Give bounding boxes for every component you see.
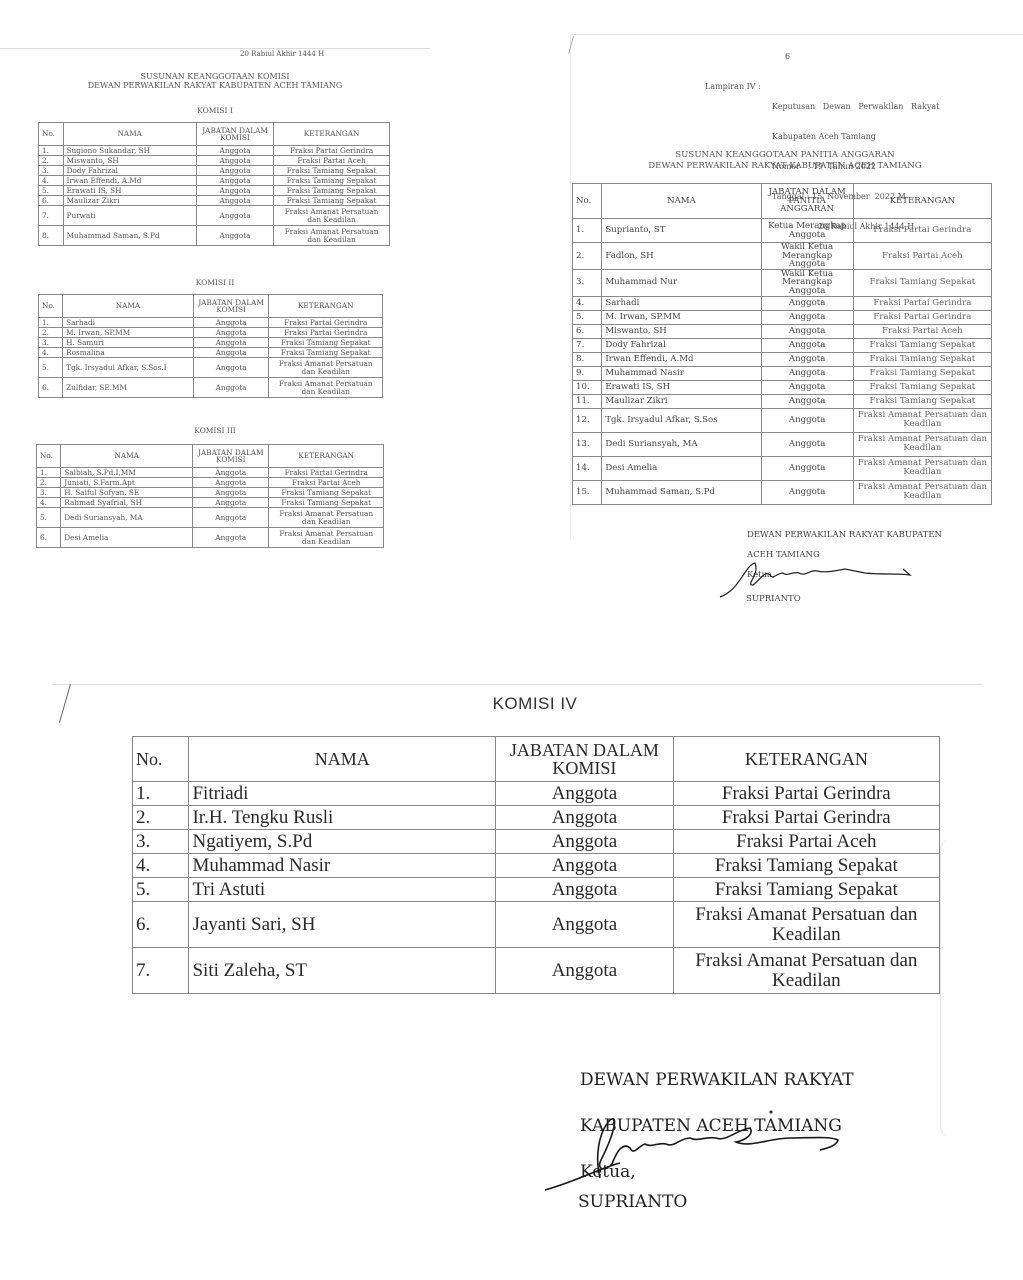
cell-keterangan: Fraksi Tamiang Sepakat xyxy=(853,269,991,296)
cell-jabatan: Anggota xyxy=(761,380,853,394)
column-header: JABATAN DALAM PANITIA ANGGARAN xyxy=(761,184,853,219)
cell-nama: Irwan Effendi, A.Md xyxy=(602,352,761,366)
cell-keterangan: Fraksi Tamiang Sepakat xyxy=(269,498,384,508)
cell-no: 1. xyxy=(39,318,63,328)
table-header-row: No.NAMAJABATAN DALAM KOMISIKETERANGAN xyxy=(37,445,384,468)
table-header-row: No.NAMAJABATAN DALAM PANITIA ANGGARANKET… xyxy=(573,184,992,219)
table-row: 5.Tgk. Irsyadul Afkar, S.Sos.IAnggotaFra… xyxy=(39,358,383,378)
cell-jabatan: Anggota xyxy=(196,206,273,226)
cell-nama: Suprianto, ST xyxy=(602,219,761,243)
cell-jabatan: Anggota xyxy=(193,358,269,378)
cell-keterangan: Fraksi Amanat Persatuan dan Keadilan xyxy=(274,206,390,226)
cell-nama: Miswanto, SH xyxy=(602,324,761,338)
table-row: 13.Dedi Suriansyah, MAAnggotaFraksi Aman… xyxy=(573,432,992,456)
cell-no: 6. xyxy=(39,378,63,398)
cell-no: 7. xyxy=(573,338,602,352)
cell-no: 11. xyxy=(573,394,602,408)
cell-keterangan: Fraksi Partai Gerindra xyxy=(274,146,390,156)
cell-jabatan: Anggota xyxy=(761,296,853,310)
komisi-2-table: No.NAMAJABATAN DALAM KOMISIKETERANGAN1.S… xyxy=(38,294,383,398)
cell-nama: Tri Astuti xyxy=(189,878,496,902)
column-header: KETERANGAN xyxy=(673,737,939,782)
cell-jabatan: Anggota xyxy=(193,508,269,528)
cell-jabatan: Anggota xyxy=(761,456,853,480)
komisi-2-title: KOMISI II xyxy=(40,278,390,287)
cell-no: 4. xyxy=(37,498,61,508)
cell-nama: M. Irwan, SP.MM xyxy=(63,328,194,338)
cell-no: 5. xyxy=(133,878,189,902)
cell-no: 4. xyxy=(39,176,64,186)
lampiran-label: Lampiran IV : xyxy=(705,82,761,91)
cell-no: 5. xyxy=(37,508,61,528)
cell-nama: Sarhadi xyxy=(63,318,194,328)
cell-no: 1. xyxy=(133,782,189,806)
cell-nama: Muhammad Nasir xyxy=(189,854,496,878)
cell-jabatan: Anggota xyxy=(196,146,273,156)
column-header: JABATAN DALAM KOMISI xyxy=(496,737,674,782)
cell-jabatan: Anggota xyxy=(761,310,853,324)
cell-keterangan: Fraksi Partai Gerindra xyxy=(673,782,939,806)
cell-no: 4. xyxy=(39,348,63,358)
cell-nama: Maulizar Zikri xyxy=(602,394,761,408)
cell-jabatan: Anggota xyxy=(193,468,269,478)
cell-no: 4. xyxy=(573,296,602,310)
table-row: 3.H. Saiful Sofyan, SEAnggotaFraksi Tami… xyxy=(37,488,384,498)
cell-nama: Desi Amelia xyxy=(61,528,193,548)
cell-keterangan: Fraksi Amanat Persatuan dan Keadilan xyxy=(269,508,384,528)
table-row: 6.Miswanto, SHAnggotaFraksi Partai Aceh xyxy=(573,324,992,338)
table-row: 3.H. SamuriAnggotaFraksi Tamiang Sepakat xyxy=(39,338,383,348)
lampiran-line-1: Keputusan Dewan Perwakilan Rakyat xyxy=(772,102,939,112)
cell-jabatan: Anggota xyxy=(761,432,853,456)
table-row: 7.Dody FahrizalAnggotaFraksi Tamiang Sep… xyxy=(573,338,992,352)
komisi-3-title: KOMISI III xyxy=(40,426,390,435)
title-line-1: SUSUNAN KEANGGOTAAN PANITIA ANGGARAN xyxy=(620,150,950,161)
org-line-1: DEWAN PERWAKILAN RAKYAT KABUPATEN xyxy=(747,530,942,540)
cell-nama: Purwati xyxy=(63,206,196,226)
cell-jabatan: Anggota xyxy=(193,528,269,548)
cell-jabatan: Anggota xyxy=(496,878,674,902)
cell-keterangan: Fraksi Partai Aceh xyxy=(853,243,991,270)
cell-nama: Erawati IS, SH xyxy=(63,186,196,196)
cell-nama: Tgk. Irsyadul Afkar, S.Sos.I xyxy=(63,358,194,378)
cell-keterangan: Fraksi Partai Aceh xyxy=(673,830,939,854)
cell-no: 7. xyxy=(133,948,189,994)
cell-jabatan: Anggota xyxy=(761,366,853,380)
cell-nama: Rahmad Syafrial, SH xyxy=(61,498,193,508)
cell-no: 13. xyxy=(573,432,602,456)
cell-no: 3. xyxy=(39,166,64,176)
column-header: No. xyxy=(133,737,189,782)
cell-nama: Fitriadi xyxy=(189,782,496,806)
table-row: 6.Maulizar ZikriAnggotaFraksi Tamiang Se… xyxy=(39,196,390,206)
cell-jabatan: Anggota xyxy=(193,318,269,328)
cell-keterangan: Fraksi Amanat Persatuan dan Keadilan xyxy=(274,226,390,246)
cell-jabatan: Anggota xyxy=(196,226,273,246)
cell-nama: Rosmalina xyxy=(63,348,194,358)
cell-nama: Ngatiyem, S.Pd xyxy=(189,830,496,854)
cell-no: 14. xyxy=(573,456,602,480)
cell-no: 12. xyxy=(573,408,602,432)
cell-no: 7. xyxy=(39,206,64,226)
cell-keterangan: Fraksi Partai Aceh xyxy=(274,156,390,166)
cell-nama: Muhammad Saman, S.Pd xyxy=(63,226,196,246)
page-edge-shadow xyxy=(940,838,971,1138)
table-row: 6.Desi AmeliaAnggotaFraksi Amanat Persat… xyxy=(37,528,384,548)
table-row: 10.Erawati IS, SHAnggotaFraksi Tamiang S… xyxy=(573,380,992,394)
column-header: KETERANGAN xyxy=(274,123,390,146)
cell-no: 2. xyxy=(133,806,189,830)
table-header-row: No.NAMAJABATAN DALAM KOMISIKETERANGAN xyxy=(133,737,940,782)
cell-nama: Dody Fahrizal xyxy=(63,166,196,176)
cell-nama: Muhammad Saman, S.Pd xyxy=(602,480,761,504)
table-row: 1.SarhadiAnggotaFraksi Partai Gerindra xyxy=(39,318,383,328)
table-row: 14.Desi AmeliaAnggotaFraksi Amanat Persa… xyxy=(573,456,992,480)
cell-nama: Muhammad Nasir xyxy=(602,366,761,380)
cell-no: 2. xyxy=(39,156,64,166)
cell-nama: Irwan Effendi, A.Md xyxy=(63,176,196,186)
cell-nama: Tgk. Irsyadul Afkar, S.Sos xyxy=(602,408,761,432)
cell-keterangan: Fraksi Partai Gerindra xyxy=(673,806,939,830)
title-line-2: DEWAN PERWAKILAN RAKYAT KABUPATEN ACEH T… xyxy=(620,161,950,172)
column-header: NAMA xyxy=(189,737,496,782)
column-header: NAMA xyxy=(63,295,194,318)
table-header-row: No.NAMAJABATAN DALAM KOMISIKETERANGAN xyxy=(39,295,383,318)
cell-keterangan: Fraksi Tamiang Sepakat xyxy=(274,186,390,196)
signatory-name: SUPRIANTO xyxy=(578,1192,687,1212)
table-row: 12.Tgk. Irsyadul Afkar, S.SosAnggotaFrak… xyxy=(573,408,992,432)
komisi-3-table: No.NAMAJABATAN DALAM KOMISIKETERANGAN1.S… xyxy=(36,444,384,548)
cell-jabatan: Ketua Merangkap Anggota xyxy=(761,219,853,243)
column-header: KETERANGAN xyxy=(269,445,384,468)
column-header: No. xyxy=(573,184,602,219)
table-row: 1.Sugiono Sukandar, SHAnggotaFraksi Part… xyxy=(39,146,390,156)
table-row: 1.Suprianto, STKetua Merangkap AnggotaFr… xyxy=(573,219,992,243)
cell-keterangan: Fraksi Amanat Persatuan dan Keadilan xyxy=(673,948,939,994)
hijri-date-fragment: 20 Rabiul Akhir 1444 H xyxy=(240,50,324,58)
cell-jabatan: Anggota xyxy=(761,324,853,338)
table-row: 7.PurwatiAnggotaFraksi Amanat Persatuan … xyxy=(39,206,390,226)
cell-jabatan: Anggota xyxy=(193,498,269,508)
table-row: 8.Irwan Effendi, A.MdAnggotaFraksi Tamia… xyxy=(573,352,992,366)
cell-jabatan: Anggota xyxy=(196,186,273,196)
table-row: 5.Tri AstutiAnggotaFraksi Tamiang Sepaka… xyxy=(133,878,940,902)
table-row: 4.RosmalinaAnggotaFraksi Tamiang Sepakat xyxy=(39,348,383,358)
table-row: 11.Maulizar ZikriAnggotaFraksi Tamiang S… xyxy=(573,394,992,408)
cell-keterangan: Fraksi Tamiang Sepakat xyxy=(853,366,991,380)
cell-jabatan: Anggota xyxy=(761,480,853,504)
cell-keterangan: Fraksi Tamiang Sepakat xyxy=(274,176,390,186)
cell-no: 2. xyxy=(37,478,61,488)
cell-keterangan: Fraksi Partai Gerindra xyxy=(853,219,991,243)
cell-no: 3. xyxy=(39,338,63,348)
cell-nama: Jayanti Sari, SH xyxy=(189,902,496,948)
panitia-anggaran-table: No.NAMAJABATAN DALAM PANITIA ANGGARANKET… xyxy=(572,183,992,505)
column-header: KETERANGAN xyxy=(269,295,383,318)
cell-nama: Desi Amelia xyxy=(602,456,761,480)
cell-keterangan: Fraksi Tamiang Sepakat xyxy=(853,352,991,366)
komisi-4-title: KOMISI IV xyxy=(130,694,940,714)
org-line-1: DEWAN PERWAKILAN RAKYAT xyxy=(580,1069,854,1092)
cell-keterangan: Fraksi Tamiang Sepakat xyxy=(269,338,383,348)
signature-icon xyxy=(715,555,915,600)
table-row: 9.Muhammad NasirAnggotaFraksi Tamiang Se… xyxy=(573,366,992,380)
cell-jabatan: Anggota xyxy=(496,902,674,948)
title-line-1: SUSUNAN KEANGGOTAAN KOMISI xyxy=(40,72,390,81)
komisi-4-table: No.NAMAJABATAN DALAM KOMISIKETERANGAN1.F… xyxy=(132,736,940,994)
cell-keterangan: Fraksi Tamiang Sepakat xyxy=(853,380,991,394)
cell-keterangan: Fraksi Amanat Persatuan dan Keadilan xyxy=(673,902,939,948)
column-header: No. xyxy=(37,445,61,468)
panitia-title: SUSUNAN KEANGGOTAAN PANITIA ANGGARAN DEW… xyxy=(620,150,950,172)
cell-keterangan: Fraksi Partai Gerindra xyxy=(269,468,384,478)
table-row: 5.Erawati IS, SHAnggotaFraksi Tamiang Se… xyxy=(39,186,390,196)
cell-nama: Fadlon, SH xyxy=(602,243,761,270)
cell-no: 3. xyxy=(573,269,602,296)
cell-nama: Sarhadi xyxy=(602,296,761,310)
page-number: 6 xyxy=(785,52,790,61)
cell-jabatan: Anggota xyxy=(193,378,269,398)
cell-keterangan: Fraksi Amanat Persatuan dan Keadilan xyxy=(269,378,383,398)
cell-no: 2. xyxy=(39,328,63,338)
cell-jabatan: Wakil Ketua Merangkap Anggota xyxy=(761,269,853,296)
cell-no: 8. xyxy=(573,352,602,366)
table-row: 2.M. Irwan, SP.MMAnggotaFraksi Partai Ge… xyxy=(39,328,383,338)
cell-keterangan: Fraksi Partai Gerindra xyxy=(269,318,383,328)
cell-nama: Salbiah, S.Pd.I,MM xyxy=(61,468,193,478)
lampiran-line-2: Kabupaten Aceh Tamiang xyxy=(772,132,939,142)
cell-no: 3. xyxy=(37,488,61,498)
table-row: 2.Fadlon, SHWakil Ketua Merangkap Anggot… xyxy=(573,243,992,270)
cell-nama: Muhammad Nur xyxy=(602,269,761,296)
cell-nama: Ir.H. Tengku Rusli xyxy=(189,806,496,830)
table-row: 15.Muhammad Saman, S.PdAnggotaFraksi Ama… xyxy=(573,480,992,504)
cell-no: 1. xyxy=(573,219,602,243)
cell-jabatan: Anggota xyxy=(496,830,674,854)
cell-no: 6. xyxy=(133,902,189,948)
column-header: NAMA xyxy=(63,123,196,146)
cell-jabatan: Anggota xyxy=(761,352,853,366)
table-row: 4.Rahmad Syafrial, SHAnggotaFraksi Tamia… xyxy=(37,498,384,508)
cell-nama: M. Irwan, SP.MM xyxy=(602,310,761,324)
cell-keterangan: Fraksi Tamiang Sepakat xyxy=(673,854,939,878)
column-header: JABATAN DALAM KOMISI xyxy=(193,445,269,468)
cell-jabatan: Anggota xyxy=(496,806,674,830)
column-header: NAMA xyxy=(61,445,193,468)
cell-no: 5. xyxy=(39,358,63,378)
cell-jabatan: Anggota xyxy=(761,408,853,432)
table-row: 5.Dedi Suriansyah, MAAnggotaFraksi Amana… xyxy=(37,508,384,528)
table-row: 6.Jayanti Sari, SHAnggotaFraksi Amanat P… xyxy=(133,902,940,948)
cell-keterangan: Fraksi Tamiang Sepakat xyxy=(853,338,991,352)
cell-keterangan: Fraksi Amanat Persatuan dan Keadilan xyxy=(853,480,991,504)
cell-nama: Miswanto, SH xyxy=(63,156,196,166)
cell-jabatan: Anggota xyxy=(193,328,269,338)
cell-nama: H. Saiful Sofyan, SE xyxy=(61,488,193,498)
cell-nama: Dody Fahrizal xyxy=(602,338,761,352)
cell-keterangan: Fraksi Amanat Persatuan dan Keadilan xyxy=(269,358,383,378)
komisi-1-title: KOMISI I xyxy=(40,106,390,115)
cell-no: 5. xyxy=(39,186,64,196)
table-row: 4.Irwan Effendi, A.MdAnggotaFraksi Tamia… xyxy=(39,176,390,186)
cell-jabatan: Anggota xyxy=(761,338,853,352)
cell-jabatan: Anggota xyxy=(193,348,269,358)
cell-no: 3. xyxy=(133,830,189,854)
cell-nama: Dedi Suriansyah, MA xyxy=(602,432,761,456)
signature-icon xyxy=(540,1108,860,1193)
cell-jabatan: Anggota xyxy=(196,196,273,206)
cell-no: 15. xyxy=(573,480,602,504)
column-header: NAMA xyxy=(602,184,761,219)
cell-keterangan: Fraksi Tamiang Sepakat xyxy=(269,488,384,498)
cell-keterangan: Fraksi Amanat Persatuan dan Keadilan xyxy=(853,456,991,480)
table-row: 1.FitriadiAnggotaFraksi Partai Gerindra xyxy=(133,782,940,806)
table-row: 4.SarhadiAnggotaFraksi Partai Gerindra xyxy=(573,296,992,310)
cell-no: 2. xyxy=(573,243,602,270)
cell-jabatan: Anggota xyxy=(496,782,674,806)
cell-nama: Siti Zaleha, ST xyxy=(189,948,496,994)
cell-nama: Juniati, S.Farm.Apt xyxy=(61,478,193,488)
cell-keterangan: Fraksi Tamiang Sepakat xyxy=(274,196,390,206)
cell-nama: Sugiono Sukandar, SH xyxy=(63,146,196,156)
table-row: 7.Siti Zaleha, STAnggotaFraksi Amanat Pe… xyxy=(133,948,940,994)
table-row: 6.Zulfidar, SE.MMAnggotaFraksi Amanat Pe… xyxy=(39,378,383,398)
cell-no: 5. xyxy=(573,310,602,324)
table-row: 2.Miswanto, SHAnggotaFraksi Partai Aceh xyxy=(39,156,390,166)
cell-jabatan: Anggota xyxy=(196,176,273,186)
table-header-row: No.NAMAJABATAN DALAM KOMISIKETERANGAN xyxy=(39,123,390,146)
cell-no: 6. xyxy=(39,196,64,206)
cell-no: 9. xyxy=(573,366,602,380)
cell-keterangan: Fraksi Tamiang Sepakat xyxy=(274,166,390,176)
column-header: No. xyxy=(39,123,64,146)
cell-nama: Erawati IS, SH xyxy=(602,380,761,394)
cell-no: 4. xyxy=(133,854,189,878)
cell-keterangan: Fraksi Amanat Persatuan dan Keadilan xyxy=(853,408,991,432)
signatory-name: SUPRIANTO xyxy=(746,594,801,604)
cell-jabatan: Anggota xyxy=(193,488,269,498)
table-row: 2.Juniati, S.Farm.AptAnggotaFraksi Parta… xyxy=(37,478,384,488)
cell-keterangan: Fraksi Partai Aceh xyxy=(853,324,991,338)
cell-keterangan: Fraksi Partai Gerindra xyxy=(853,310,991,324)
cell-jabatan: Anggota xyxy=(193,338,269,348)
table-row: 4.Muhammad NasirAnggotaFraksi Tamiang Se… xyxy=(133,854,940,878)
left-page-title: SUSUNAN KEANGGOTAAN KOMISI DEWAN PERWAKI… xyxy=(40,72,390,90)
column-header: JABATAN DALAM KOMISI xyxy=(196,123,273,146)
cell-keterangan: Fraksi Amanat Persatuan dan Keadilan xyxy=(853,432,991,456)
column-header: KETERANGAN xyxy=(853,184,991,219)
cell-nama: Zulfidar, SE.MM xyxy=(63,378,194,398)
table-row: 1.Salbiah, S.Pd.I,MMAnggotaFraksi Partai… xyxy=(37,468,384,478)
komisi-1-table: No.NAMAJABATAN DALAM KOMISIKETERANGAN1.S… xyxy=(38,122,390,246)
title-line-2: DEWAN PERWAKILAN RAKYAT KABUPATEN ACEH T… xyxy=(40,81,390,90)
cell-jabatan: Wakil Ketua Merangkap Anggota xyxy=(761,243,853,270)
cell-keterangan: Fraksi Partai Gerindra xyxy=(853,296,991,310)
cell-keterangan: Fraksi Tamiang Sepakat xyxy=(673,878,939,902)
cell-jabatan: Anggota xyxy=(196,166,273,176)
table-row: 3.Muhammad NurWakil Ketua Merangkap Angg… xyxy=(573,269,992,296)
table-row: 8.Muhammad Saman, S.PdAnggotaFraksi Aman… xyxy=(39,226,390,246)
cell-keterangan: Fraksi Amanat Persatuan dan Keadilan xyxy=(269,528,384,548)
cell-jabatan: Anggota xyxy=(496,854,674,878)
cell-no: 6. xyxy=(37,528,61,548)
column-header: JABATAN DALAM KOMISI xyxy=(193,295,269,318)
cell-no: 8. xyxy=(39,226,64,246)
cell-keterangan: Fraksi Tamiang Sepakat xyxy=(269,348,383,358)
cell-nama: H. Samuri xyxy=(63,338,194,348)
cell-no: 1. xyxy=(39,146,64,156)
table-row: 3.Dody FahrizalAnggotaFraksi Tamiang Sep… xyxy=(39,166,390,176)
cell-no: 1. xyxy=(37,468,61,478)
cell-no: 6. xyxy=(573,324,602,338)
cell-jabatan: Anggota xyxy=(193,478,269,488)
table-row: 2.Ir.H. Tengku RusliAnggotaFraksi Partai… xyxy=(133,806,940,830)
cell-keterangan: Fraksi Partai Gerindra xyxy=(269,328,383,338)
cell-nama: Maulizar Zikri xyxy=(63,196,196,206)
cell-no: 10. xyxy=(573,380,602,394)
column-header: No. xyxy=(39,295,63,318)
cell-jabatan: Anggota xyxy=(196,156,273,166)
cell-jabatan: Anggota xyxy=(496,948,674,994)
cell-keterangan: Fraksi Tamiang Sepakat xyxy=(853,394,991,408)
cell-jabatan: Anggota xyxy=(761,394,853,408)
cell-keterangan: Fraksi Partai Aceh xyxy=(269,478,384,488)
cell-nama: Dedi Suriansyah, MA xyxy=(61,508,193,528)
table-row: 5.M. Irwan, SP.MMAnggotaFraksi Partai Ge… xyxy=(573,310,992,324)
table-row: 3.Ngatiyem, S.PdAnggotaFraksi Partai Ace… xyxy=(133,830,940,854)
